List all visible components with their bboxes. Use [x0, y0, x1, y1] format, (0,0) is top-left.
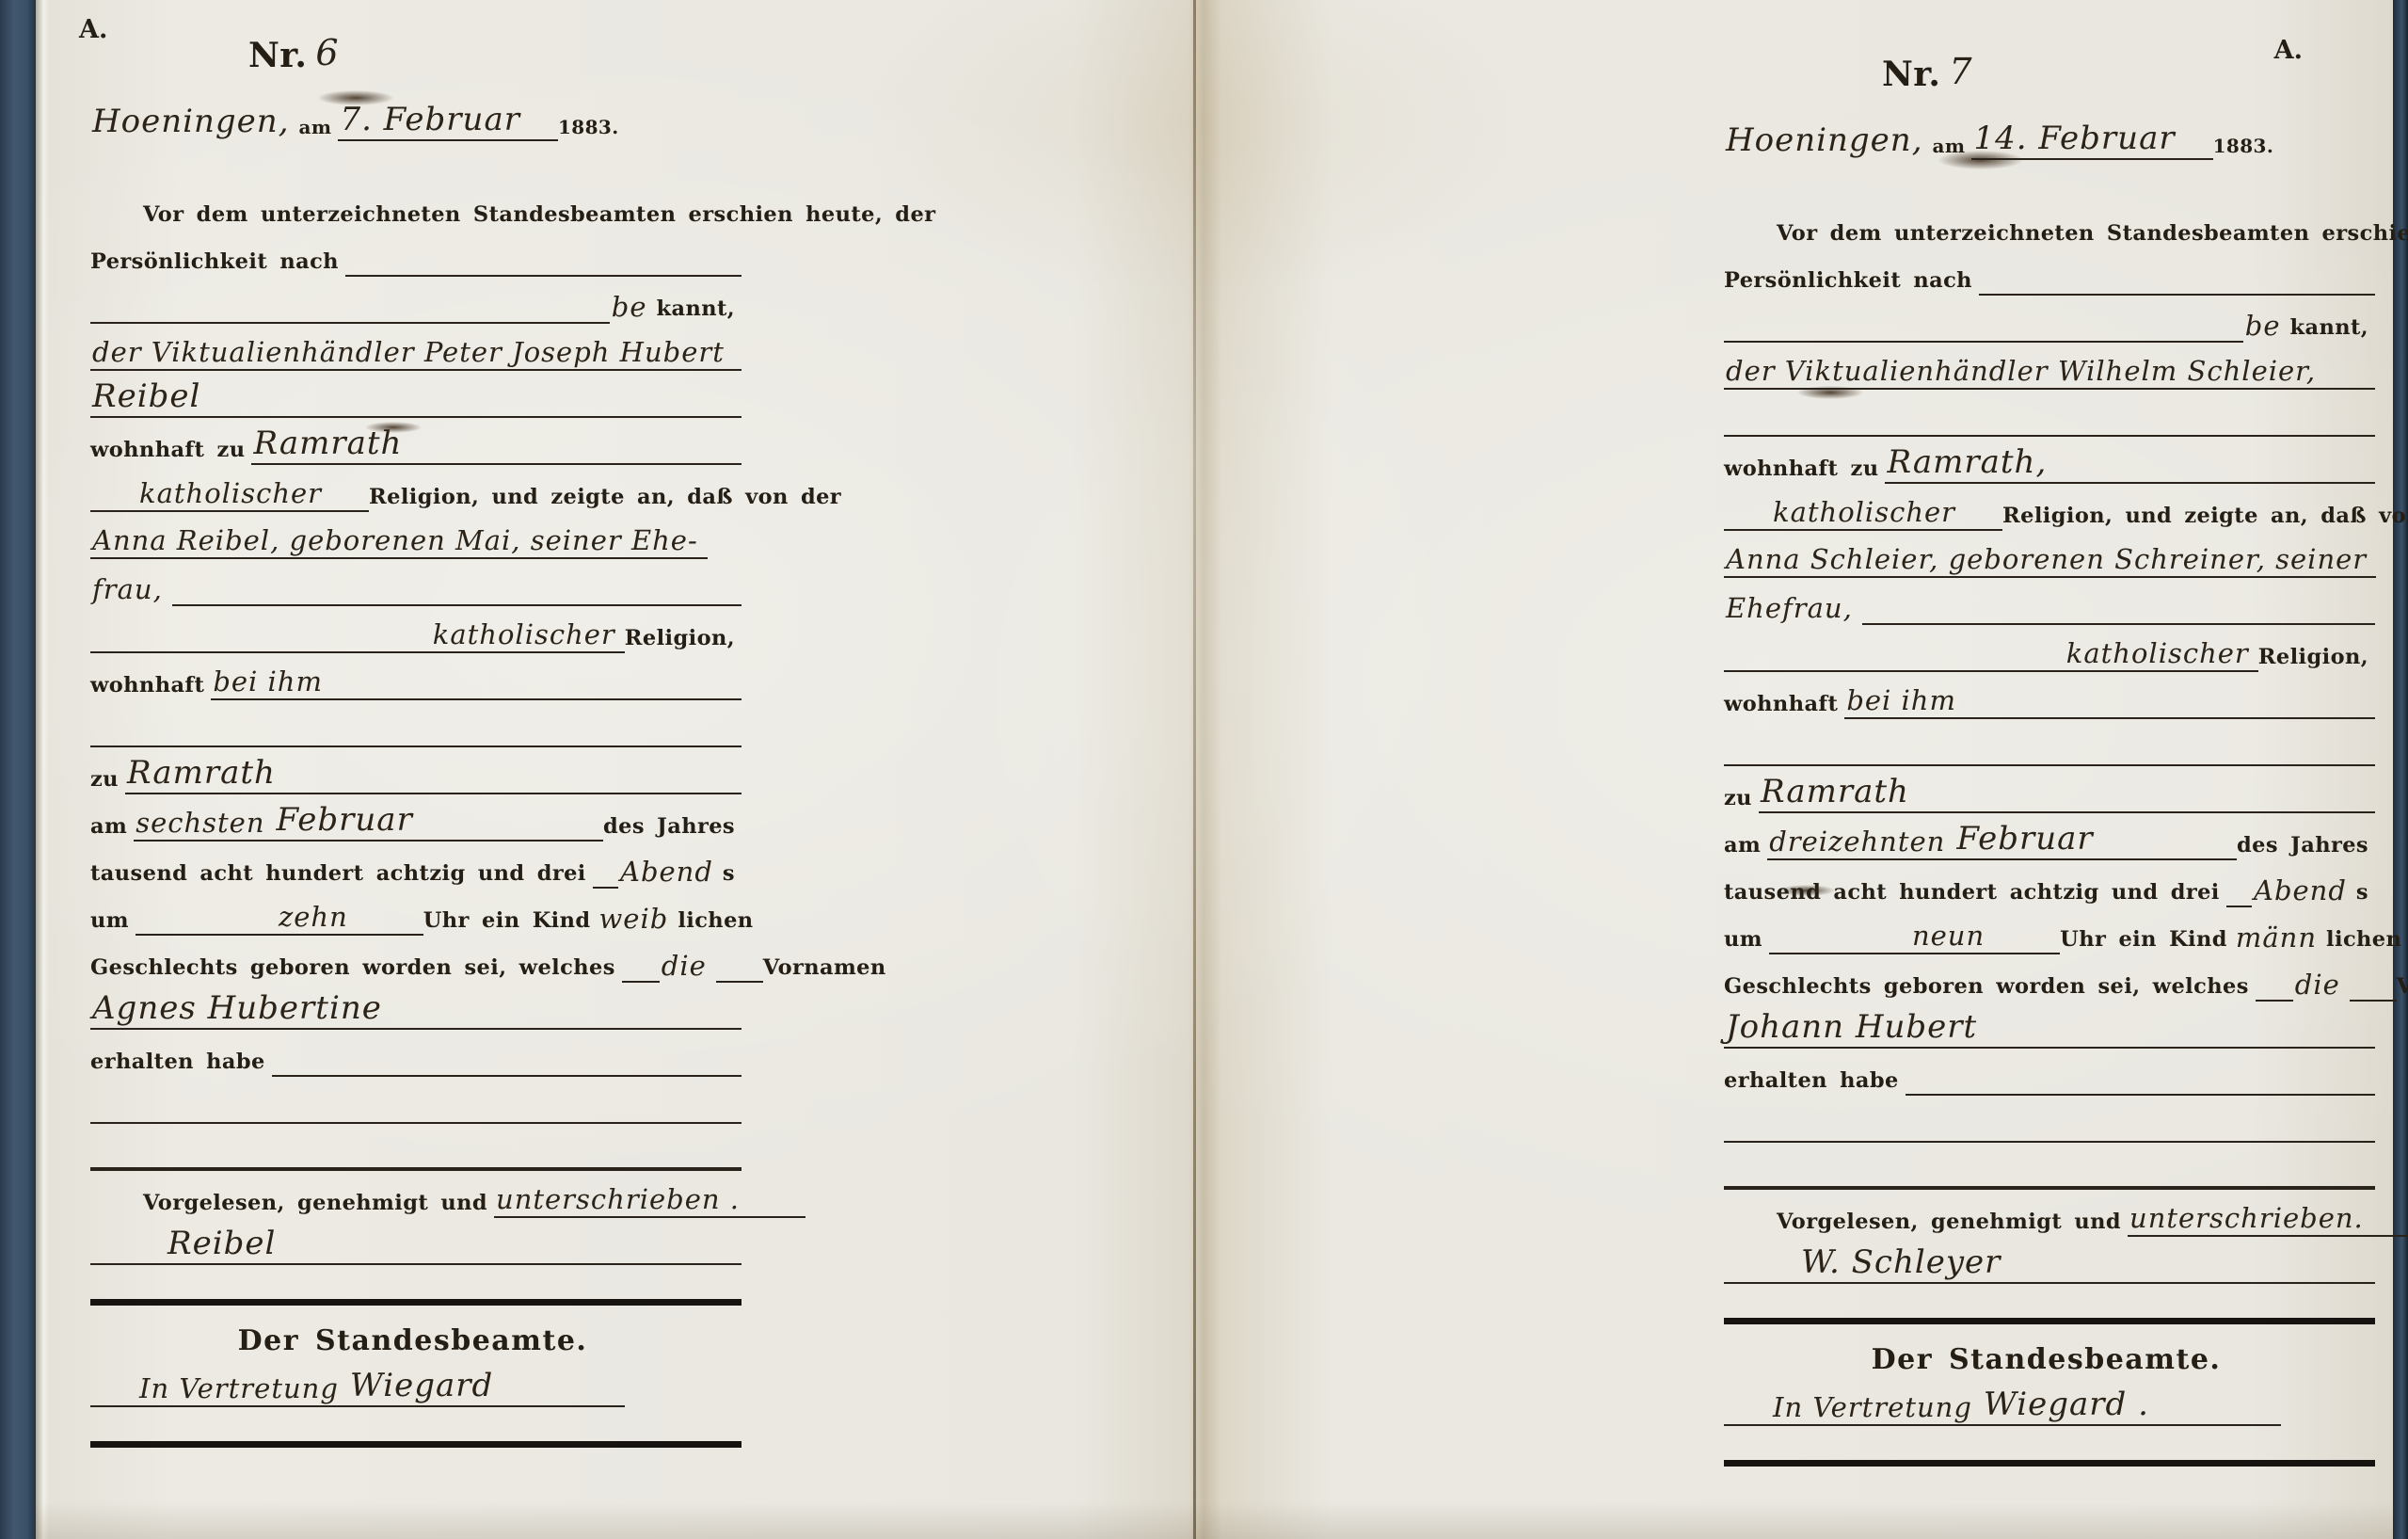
- am-label: am: [299, 116, 339, 141]
- residence-row: wohnhaft zu Ramrath,: [1724, 437, 2375, 484]
- mother-religion-value: katholischer: [2065, 637, 2258, 672]
- blank-row: [90, 1124, 742, 1171]
- child-name: Johann Hubert: [1724, 1008, 1986, 1049]
- rule-line: [530, 88, 558, 141]
- wohnhaft-label: wohnhaft: [90, 673, 211, 700]
- rule-line: [1724, 1237, 1799, 1284]
- erhalten-habe-label: erhalten habe: [1724, 1068, 1906, 1096]
- erhalten-row: erhalten habe: [90, 1030, 742, 1077]
- separator-rule: [1724, 1426, 2375, 1467]
- father-religion-row: katholischer Religion, und zeigte an, da…: [1724, 484, 2375, 531]
- time-of-day-value: Abend: [618, 856, 723, 889]
- am-label: am: [1933, 135, 1972, 160]
- rule-line: [2325, 343, 2375, 390]
- registrar-signature: Wiegard: [348, 1367, 502, 1407]
- rule-line: [716, 936, 763, 983]
- hour-value: neun: [1910, 920, 1994, 954]
- rule-line: [1769, 907, 1910, 954]
- rule-line: [358, 889, 423, 936]
- religion-announce-label: Religion, und zeigte an, daß von der: [2002, 504, 2408, 531]
- rule-line: [1724, 1379, 1771, 1426]
- rule-line: [1862, 578, 2375, 625]
- birth-hour-row: um zehn Uhr ein Kind weib lichen: [90, 889, 742, 936]
- residence-value: Ramrath: [251, 425, 411, 465]
- rule-line: [1724, 296, 2243, 343]
- uhr-kind-label: Uhr ein Kind: [423, 908, 598, 936]
- place-date-row: Hoeningen, am 14. Februar 1883.: [1724, 107, 2375, 160]
- wohnhaft-bei-row: wohnhaft bei ihm: [1724, 672, 2375, 719]
- rule-line: [708, 512, 742, 559]
- zu-label: zu: [1724, 786, 1759, 813]
- blank-row: [1724, 1143, 2375, 1190]
- separator-rule: [90, 1265, 742, 1306]
- rule-line: [90, 465, 137, 512]
- rule-line: [2256, 954, 2293, 1002]
- mother-religion-row: katholischer Religion,: [90, 606, 742, 653]
- rule-line: [90, 606, 431, 653]
- rule-line: [1994, 907, 2060, 954]
- rule-line: [210, 371, 742, 418]
- rule-line: [2010, 1237, 2375, 1284]
- um-label: um: [1724, 927, 1769, 954]
- erhalten-row: erhalten habe: [1724, 1049, 2375, 1096]
- blank-row: [1724, 719, 2375, 766]
- rule-line: [391, 983, 742, 1030]
- rule-line: [1724, 1096, 2375, 1143]
- rule-line: [423, 794, 603, 842]
- bei-value: bei ihm: [211, 665, 332, 700]
- religion-label: Religion,: [625, 626, 742, 653]
- registrar-row: In Vertretung Wiegard .: [1724, 1379, 2375, 1426]
- birth-place-row: zu Ramrath: [1724, 766, 2375, 813]
- rule-line: [734, 324, 742, 371]
- child-name-row: Johann Hubert: [1724, 1002, 2375, 1049]
- wohnhaft-zu-label: wohnhaft zu: [1724, 457, 1885, 484]
- rule-line: [502, 1360, 625, 1407]
- separator-rule: [90, 1407, 742, 1448]
- place-name: Hoeningen,: [1724, 121, 1933, 160]
- personality-label: Persönlichkeit nach: [90, 249, 345, 277]
- rule-line: [749, 1171, 805, 1218]
- rule-line: [172, 559, 742, 606]
- intro-row: Vor dem unterzeichneten Standesbeamten e…: [90, 183, 742, 230]
- mother-name: Anna Schleier, geborenen Schreiner, sein…: [1724, 543, 2376, 578]
- birth-place-row: zu Ramrath: [90, 747, 742, 794]
- rule-line: [1724, 625, 2065, 672]
- vorgelesen-row: Vorgelesen, genehmigt und unterschrieben…: [90, 1171, 742, 1218]
- year-value: 1883.: [558, 116, 626, 141]
- mother-row-1: Anna Schleier, geborenen Schreiner, sein…: [1724, 531, 2375, 578]
- intro-text: Vor dem unterzeichneten Standesbeamten e…: [1724, 221, 2408, 248]
- rule-line: [332, 653, 742, 700]
- rule-line: [90, 700, 742, 747]
- be-handwritten: be: [610, 291, 657, 324]
- rule-line: [345, 230, 742, 277]
- blank-row: [90, 1077, 742, 1124]
- declarant-row-2: [1724, 390, 2375, 437]
- child-name: Agnes Hubertine: [90, 989, 391, 1030]
- residence-value: Ramrath,: [1885, 443, 2056, 484]
- father-surname: Reibel: [90, 377, 210, 418]
- vornamen-label: Vornamen: [763, 955, 893, 983]
- spacer: [1724, 160, 2375, 201]
- standesbeamte-row: Der Standesbeamte.: [90, 1306, 742, 1360]
- geschlechts-label: Geschlechts geboren worden sei, welches: [1724, 974, 2256, 1002]
- personality-label: Persönlichkeit nach: [1724, 268, 1979, 296]
- rule-line: [90, 1077, 742, 1124]
- place-name: Hoeningen,: [90, 103, 299, 141]
- book-cover-left-edge: [0, 0, 36, 1539]
- date-handwritten: 14. Februar: [1971, 120, 2184, 160]
- record-number-value: 6: [313, 32, 348, 75]
- rule-line: [90, 277, 610, 324]
- rule-line: [2373, 1190, 2408, 1237]
- residence-row: wohnhaft zu Ramrath: [90, 418, 742, 465]
- mother-row-1: Anna Reibel, geborenen Mai, seiner Ehe-: [90, 512, 742, 559]
- birth-date-row: am dreizehnten Februar des Jahres: [1724, 813, 2375, 860]
- vorgelesen-row: Vorgelesen, genehmigt und unterschrieben…: [1724, 1190, 2375, 1237]
- rule-line: [2056, 437, 2375, 484]
- rule-line: [90, 1124, 742, 1171]
- birth-day-value: sechsten: [134, 807, 274, 842]
- birth-hour-row: um neun Uhr ein Kind männ lichen: [1724, 907, 2375, 954]
- intro-text: Vor dem unterzeichneten Standesbeamten e…: [90, 202, 942, 230]
- register-page-left: A. Nr. 6 Hoeningen, am 7. Februar 1883. …: [36, 0, 1195, 1539]
- place-date-row: Hoeningen, am 7. Februar 1883.: [90, 88, 742, 141]
- declarant-signature: W. Schleyer: [1799, 1243, 2010, 1284]
- wohnhaft-label: wohnhaft: [1724, 692, 1844, 719]
- rule-line: [1735, 390, 2375, 437]
- record-number-row: Nr. 6: [90, 13, 742, 75]
- father-religion-value: katholischer: [137, 477, 331, 512]
- mother-row-2: frau,: [90, 559, 742, 606]
- birth-date-row: am sechsten Februar des Jahres: [90, 794, 742, 842]
- birth-month-value: Februar: [1954, 820, 2102, 860]
- vornamen-label: Vornamen: [2397, 974, 2408, 1002]
- lichen-label: lichen: [2326, 927, 2408, 954]
- register-page-right: A. Nr. 7 Hoeningen, am 14. Februar 1883.…: [1195, 0, 2393, 1539]
- declarant-row-1: der Viktualienhändler Peter Joseph Huber…: [90, 324, 742, 371]
- rule-line: [1724, 1143, 2375, 1190]
- birth-year-row: tausend acht hundert achtzig und drei Ab…: [90, 842, 742, 889]
- record-form: Nr. 7 Hoeningen, am 14. Februar 1883. Vo…: [1724, 32, 2375, 1467]
- personality-row: Persönlichkeit nach: [90, 230, 742, 277]
- spacer: [90, 141, 742, 183]
- birth-place-value: Ramrath: [125, 754, 285, 794]
- geschlecht-row: Geschlechts geboren worden sei, welches …: [1724, 954, 2375, 1002]
- rule-line: [2226, 860, 2252, 907]
- des-jahres-label: des Jahres: [2237, 833, 2375, 860]
- geschlechts-label: Geschlechts geboren worden sei, welches: [90, 955, 622, 983]
- birth-year-row: tausend acht hundert achtzig und drei Ab…: [1724, 860, 2375, 907]
- time-of-day-value: Abend: [2252, 874, 2356, 907]
- rule-line: [285, 747, 742, 794]
- um-label: um: [90, 908, 136, 936]
- rule-line: [1966, 672, 2375, 719]
- record-number-label: Nr.: [1882, 55, 1947, 94]
- date-handwritten: 7. Februar: [338, 101, 530, 141]
- gender-value: weib: [597, 903, 678, 936]
- unterschrieben-handwritten: unterschrieben.: [2128, 1202, 2373, 1237]
- rule-line: [593, 842, 618, 889]
- mother-religion-value: katholischer: [431, 618, 625, 653]
- rule-line: [285, 1218, 742, 1265]
- father-occupation-name: der Viktualienhändler Wilhelm Schleier,: [1724, 355, 2325, 390]
- standesbeamte-row: Der Standesbeamte.: [1724, 1324, 2375, 1379]
- rule-line: [90, 1218, 166, 1265]
- rule-line: [1724, 719, 2375, 766]
- rule-line: [90, 1360, 137, 1407]
- record-number-row: Nr. 7: [1724, 32, 2375, 94]
- child-name-row: Agnes Hubertine: [90, 983, 742, 1030]
- birth-day-value: dreizehnten: [1767, 826, 1954, 860]
- record-number-label: Nr.: [248, 36, 313, 75]
- signature-row: Reibel: [90, 1218, 742, 1265]
- separator-rule: [1724, 1284, 2375, 1324]
- record-number-value: 7: [1947, 51, 1982, 94]
- bekannt-row: be kannt,: [1724, 296, 2375, 343]
- am-label: am: [1724, 833, 1767, 860]
- father-religion-row: katholischer Religion, und zeigte an, da…: [90, 465, 742, 512]
- blank-row: [90, 700, 742, 747]
- rule-line: [1906, 1049, 2375, 1096]
- year-words-label: tausend acht hundert achtzig und drei: [1724, 880, 2226, 907]
- erhalten-habe-label: erhalten habe: [90, 1050, 272, 1077]
- lichen-label: lichen: [678, 908, 759, 936]
- mother-name: Anna Reibel, geborenen Mai, seiner Ehe-: [90, 524, 708, 559]
- rule-line: [136, 889, 277, 936]
- in-vertretung-handwritten: In Vertretung: [1771, 1391, 1982, 1426]
- hour-value: zehn: [277, 901, 358, 936]
- uhr-kind-label: Uhr ein Kind: [2060, 927, 2234, 954]
- standesbeamte-label: Der Standesbeamte.: [1872, 1343, 2228, 1379]
- declarant-signature: Reibel: [166, 1225, 285, 1265]
- mother-religion-row: katholischer Religion,: [1724, 625, 2375, 672]
- rule-line: [1965, 484, 2002, 531]
- bei-value: bei ihm: [1844, 684, 1966, 719]
- bekannt-label: kannt,: [2289, 315, 2375, 343]
- father-religion-value: katholischer: [1771, 496, 1965, 531]
- religion-announce-label: Religion, und zeigte an, daß von der: [369, 485, 848, 512]
- vorgelesen-label: Vorgelesen, genehmigt und: [1724, 1210, 2128, 1237]
- mother-row-2: Ehefrau,: [1724, 578, 2375, 625]
- article-value: die: [2293, 969, 2350, 1002]
- abends-suffix: s: [2356, 880, 2375, 907]
- in-vertretung-handwritten: In Vertretung: [137, 1372, 348, 1407]
- year-value: 1883.: [2213, 135, 2281, 160]
- wohnhaft-bei-row: wohnhaft bei ihm: [90, 653, 742, 700]
- rule-line: [1919, 766, 2375, 813]
- rule-line: [411, 418, 742, 465]
- des-jahres-label: des Jahres: [603, 814, 742, 842]
- declarant-row-2: Reibel: [90, 371, 742, 418]
- am-label: am: [90, 814, 134, 842]
- article-value: die: [660, 950, 716, 983]
- personality-row: Persönlichkeit nach: [1724, 248, 2375, 296]
- rule-line: [1986, 1002, 2375, 1049]
- father-occupation-name: der Viktualienhändler Peter Joseph Huber…: [90, 336, 734, 371]
- mother-name-cont: Ehefrau,: [1724, 592, 1862, 625]
- mother-name-cont: frau,: [90, 573, 172, 606]
- rule-line: [622, 936, 660, 983]
- birth-month-value: Februar: [275, 801, 423, 842]
- geschlecht-row: Geschlechts geboren worden sei, welches …: [90, 936, 742, 983]
- standesbeamte-label: Der Standesbeamte.: [238, 1324, 595, 1360]
- year-words-label: tausend acht hundert achtzig und drei: [90, 861, 593, 889]
- blank-row: [1724, 1096, 2375, 1143]
- record-form: Nr. 6 Hoeningen, am 7. Februar 1883. Vor…: [90, 13, 742, 1448]
- rule-line: [1979, 248, 2375, 296]
- bekannt-row: be kannt,: [90, 277, 742, 324]
- registrar-signature: Wiegard .: [1982, 1386, 2159, 1426]
- vorgelesen-label: Vorgelesen, genehmigt und: [90, 1191, 494, 1218]
- signature-row: W. Schleyer: [1724, 1237, 2375, 1284]
- rule-line: [2350, 954, 2397, 1002]
- unterschrieben-handwritten: unterschrieben .: [494, 1183, 749, 1218]
- gender-value: männ: [2234, 922, 2326, 954]
- registrar-row: In Vertretung Wiegard: [90, 1360, 742, 1407]
- birth-place-value: Ramrath: [1759, 773, 1919, 813]
- abends-suffix: s: [723, 861, 742, 889]
- bekannt-label: kannt,: [656, 297, 742, 324]
- declarant-row-1: der Viktualienhändler Wilhelm Schleier,: [1724, 343, 2375, 390]
- religion-label: Religion,: [2258, 645, 2375, 672]
- wohnhaft-zu-label: wohnhaft zu: [90, 438, 251, 465]
- zu-label: zu: [90, 767, 125, 794]
- intro-row: Vor dem unterzeichneten Standesbeamten e…: [1724, 201, 2375, 248]
- rule-line: [272, 1030, 742, 1077]
- rule-line: [2159, 1379, 2281, 1426]
- rule-line: [2185, 107, 2213, 160]
- be-handwritten: be: [2243, 310, 2290, 343]
- rule-line: [2103, 813, 2237, 860]
- rule-line: [1724, 484, 1771, 531]
- rule-line: [331, 465, 369, 512]
